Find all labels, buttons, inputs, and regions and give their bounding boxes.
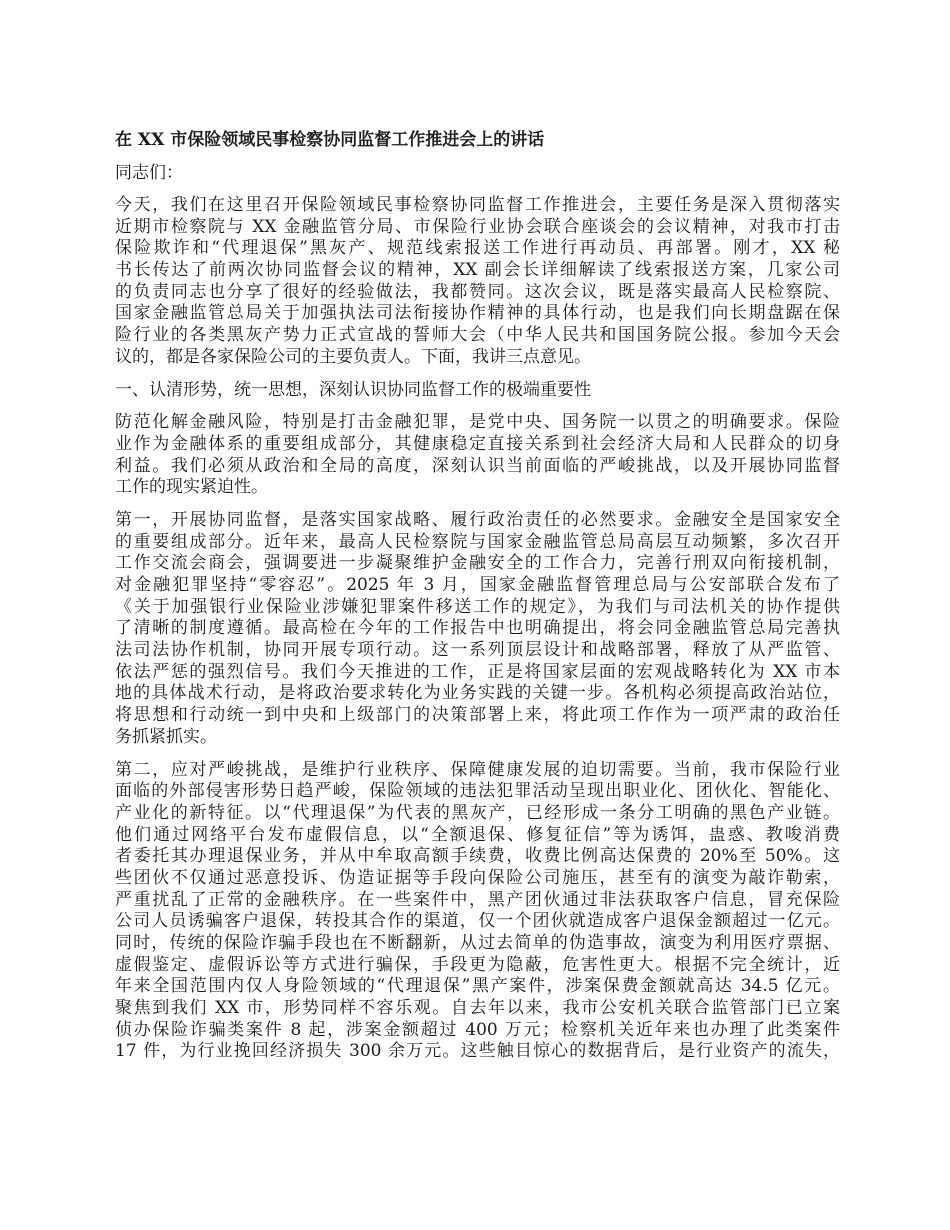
- text-line: 了清晰的制度遵循。最高检在今年的工作报告中也明确提出，将会同金融监管总局完善执: [115, 618, 840, 640]
- text-line: 国家金融监管总局关于加强执法司法衔接协作精神的具体行动，也是我们向长期盘踞在保: [115, 303, 840, 325]
- text-line: 利益。我们必须从政治和全局的高度，深刻认识当前面临的严峻挑战，以及开展协同监督: [115, 456, 840, 478]
- text-line: 险行业的各类黑灰产势力正式宣战的誓师大会（中华人民共和国国务院公报。参加今天会: [115, 325, 840, 347]
- text-line: 产业化的新特征。以“代理退保”为代表的黑灰产，已经形成一条分工明确的黑色产业链。: [115, 803, 840, 825]
- text-line: 者委托其办理退保业务，并从中牟取高额手续费，收费比例高达保费的 20%至 50%…: [115, 846, 840, 868]
- document-page: 在 XX 市保险领域民事检察协同监督工作推进会上的讲话 同志们： 今天，我们在这…: [115, 126, 840, 1074]
- text-line: 今天，我们在这里召开保险领域民事检察协同监督工作推进会，主要任务是深入贯彻落实: [115, 195, 840, 217]
- point-one-paragraph: 第一，开展协同监督，是落实国家战略、履行政治责任的必然要求。金融安全是国家安全 …: [115, 510, 840, 749]
- text-line: 对金融犯罪坚持“零容忍”。2025 年 3 月，国家金融监督管理总局与公安部联合…: [115, 575, 840, 597]
- text-line: 侦办保险诈骗类案件 8 起，涉案金额超过 400 万元；检察机关近年来也办理了此…: [115, 1020, 840, 1042]
- text-line: 严重扰乱了正常的金融秩序。在一些案件中，黑产团伙通过非法获取客户信息，冒充保险: [115, 890, 840, 912]
- text-line: 议的，都是各家保险公司的主要负责人。下面，我讲三点意见。: [115, 347, 840, 369]
- text-line: 近期市检察院与 XX 金融监管分局、市保险行业协会联合座谈会的会议精神，对我市打…: [115, 217, 840, 239]
- speech-title: 在 XX 市保险领域民事检察协同监督工作推进会上的讲话: [115, 126, 840, 154]
- intro-paragraph: 今天，我们在这里召开保险领域民事检察协同监督工作推进会，主要任务是深入贯彻落实 …: [115, 195, 840, 369]
- text-line: 务抓紧抓实。: [115, 727, 840, 749]
- text-line: 第二，应对严峻挑战，是维护行业秩序、保障健康发展的迫切需要。当前，我市保险行业: [115, 760, 840, 782]
- text-line: 保险欺诈和“代理退保”黑灰产、规范线索报送工作进行再动员、再部署。刚才，XX 秘: [115, 238, 840, 260]
- text-line: 面临的外部侵害形势日趋严峻，保险领域的违法犯罪活动呈现出职业化、团伙化、智能化、: [115, 781, 840, 803]
- text-line: 年来全国范围内仅人身险领域的“代理退保”黑产案件，涉案保费金额就高达 34.5 …: [115, 976, 840, 998]
- text-line: 防范化解金融风险，特别是打击金融犯罪，是党中央、国务院一以贯之的明确要求。保险: [115, 412, 840, 434]
- text-line: 公司人员诱骗客户退保，转投其合作的渠道，仅一个团伙就造成客户退保金额超过一亿元。: [115, 911, 840, 933]
- text-line: 同时，传统的保险诈骗手段也在不断翻新，从过去简单的伪造事故，演变为利用医疗票据、: [115, 933, 840, 955]
- text-line: 依法严惩的强烈信号。我们今天推进的工作，正是将国家层面的宏观战略转化为 XX 市…: [115, 662, 840, 684]
- text-line: 将思想和行动统一到中央和上级部门的决策部署上来，将此项工作作为一项严肃的政治任: [115, 705, 840, 727]
- text-line: 的重要组成部分。近年来，最高人民检察院与国家金融监管总局高层互动频繁，多次召开: [115, 532, 840, 554]
- text-line: 他们通过网络平台发布虚假信息，以“全额退保、修复征信”等为诱饵，蛊惑、教唆消费: [115, 825, 840, 847]
- text-line: 虚假鉴定、虚假诉讼等方式进行骗保，手段更为隐蔽，危害性更大。根据不完全统计，近: [115, 955, 840, 977]
- text-line: 些团伙不仅通过恶意投诉、伪造证据等手段向保险公司施压，甚至有的演变为敲诈勒索，: [115, 868, 840, 890]
- section-1-intro-paragraph: 防范化解金融风险，特别是打击金融犯罪，是党中央、国务院一以贯之的明确要求。保险 …: [115, 412, 840, 499]
- text-line: 第一，开展协同监督，是落实国家战略、履行政治责任的必然要求。金融安全是国家安全: [115, 510, 840, 532]
- text-line: 业作为金融体系的重要组成部分，其健康稳定直接关系到社会经济大局和人民群众的切身: [115, 434, 840, 456]
- text-line: 地的具体战术行动，是将政治要求转化为业务实践的关键一步。各机构必须提高政治站位，: [115, 683, 840, 705]
- text-line: 的负责同志也分享了很好的经验做法，我都赞同。这次会议，既是落实最高人民检察院、: [115, 282, 840, 304]
- text-line: 工作交流会商会，强调要进一步凝聚维护金融安全的工作合力，完善行刑双向衔接机制，: [115, 553, 840, 575]
- text-line: 法司法协作机制，协同开展专项行动。这一系列顶层设计和战略部署，释放了从严监管、: [115, 640, 840, 662]
- text-line: 聚焦到我们 XX 市，形势同样不容乐观。自去年以来，我市公安机关联合监管部门已立…: [115, 998, 840, 1020]
- text-line: 17 件，为行业挽回经济损失 300 余万元。这些触目惊心的数据背后，是行业资产…: [115, 1041, 840, 1063]
- section-heading-1: 一、认清形势，统一思想，深刻认识协同监督工作的极端重要性: [115, 380, 840, 402]
- salutation: 同志们：: [115, 162, 840, 184]
- text-line: 《关于加强银行业保险业涉嫌犯罪案件移送工作的规定》，为我们与司法机关的协作提供: [115, 597, 840, 619]
- text-line: 书长传达了前两次协同监督会议的精神，XX 副会长详细解读了线索报送方案，几家公司: [115, 260, 840, 282]
- point-two-paragraph: 第二，应对严峻挑战，是维护行业秩序、保障健康发展的迫切需要。当前，我市保险行业 …: [115, 760, 840, 1064]
- text-line: 工作的现实紧迫性。: [115, 477, 840, 499]
